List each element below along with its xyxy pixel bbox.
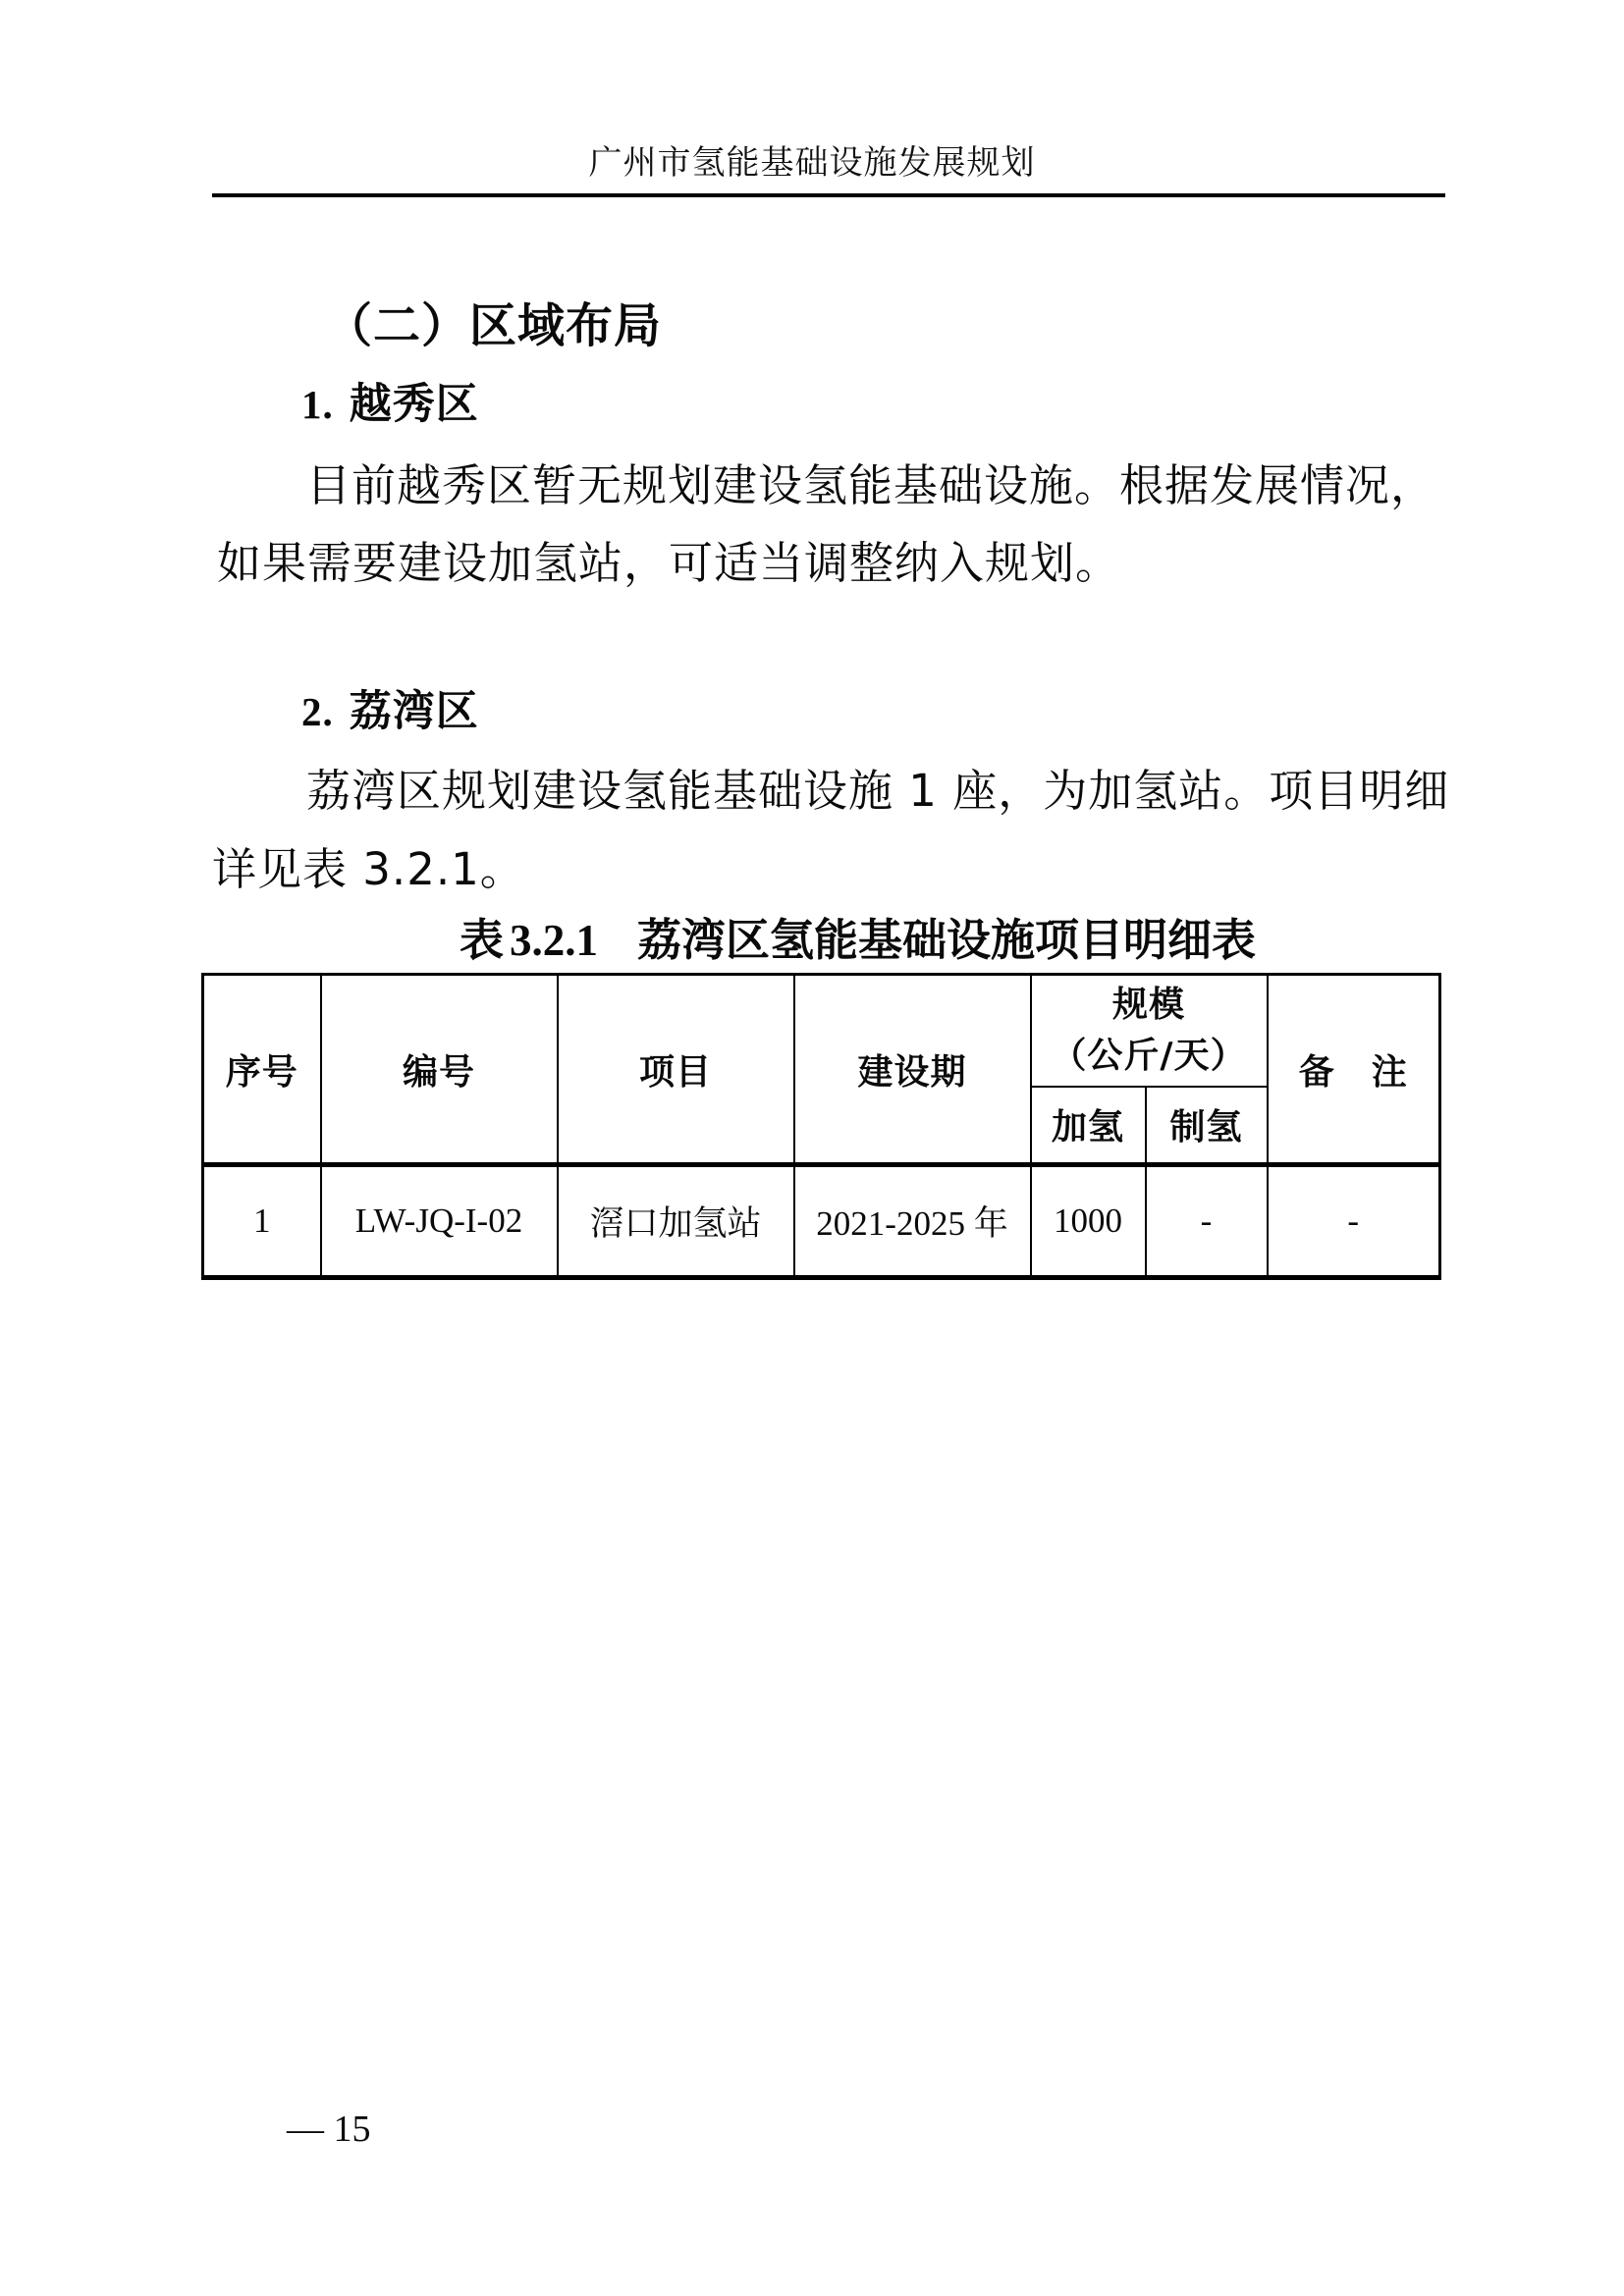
paragraph-line: 目前越秀区暂无规划建设氢能基础设施。根据发展情况， — [306, 459, 1435, 512]
table-caption-title: 荔湾区氢能基础设施项目明细表 — [637, 914, 1256, 966]
subsection-number: 2. — [301, 689, 334, 734]
section-heading: （二）区域布局 — [325, 300, 662, 352]
col-header-code: 编号 — [321, 975, 558, 1165]
col-header-seq: 序号 — [203, 975, 321, 1165]
col-header-produce: 制氢 — [1146, 1087, 1268, 1165]
paragraph-line: 详见表 3.2.1。 — [212, 843, 525, 896]
col-header-period: 建设期 — [794, 975, 1031, 1165]
running-header-title: 广州市氢能基础设施发展规划 — [0, 144, 1624, 183]
col-header-scale-group: 规模 （公斤/天） — [1031, 975, 1268, 1087]
subsection-title: 荔湾区 — [350, 687, 479, 736]
paragraph-line: 荔湾区规划建设氢能基础设施 1 座，为加氢站。项目明细 — [306, 765, 1449, 818]
table-row: 1 LW-JQ-I-02 滘口加氢站 2021-2025 年 1000 - - — [203, 1165, 1440, 1278]
col-header-remark: 备 注 — [1268, 975, 1440, 1165]
col-header-project: 项目 — [558, 975, 794, 1165]
cell-period: 2021-2025 年 — [794, 1165, 1031, 1278]
cell-produce: - — [1146, 1165, 1268, 1278]
col-header-refuel: 加氢 — [1031, 1087, 1146, 1165]
project-detail-table: 序号 编号 项目 建设期 规模 （公斤/天） 备 注 加氢 制氢 1 LW-JQ… — [201, 973, 1441, 1280]
scale-group-title: 规模 — [1032, 980, 1267, 1031]
cell-seq: 1 — [203, 1165, 321, 1278]
page-number: — 15 — [287, 2109, 371, 2151]
subsection-heading-yuexiu: 1.越秀区 — [301, 381, 479, 429]
cell-refuel: 1000 — [1031, 1165, 1146, 1278]
cell-code: LW-JQ-I-02 — [321, 1165, 558, 1278]
paragraph-line: 如果需要建设加氢站，可适当调整纳入规划。 — [217, 537, 1120, 590]
table-caption-prefix: 表 — [460, 914, 504, 966]
document-page: 广州市氢能基础设施发展规划 （二）区域布局 1.越秀区 目前越秀区暂无规划建设氢… — [0, 0, 1624, 2296]
subsection-title: 越秀区 — [350, 380, 479, 429]
subsection-number: 1. — [301, 382, 334, 427]
table-caption: 表3.2.1荔湾区氢能基础设施项目明细表 — [460, 915, 1256, 967]
subsection-heading-liwan: 2.荔湾区 — [301, 688, 479, 736]
scale-group-unit: （公斤/天） — [1032, 1031, 1267, 1082]
cell-project: 滘口加氢站 — [558, 1165, 794, 1278]
table-caption-number: 3.2.1 — [510, 916, 598, 965]
cell-remark: - — [1268, 1165, 1440, 1278]
header-rule — [212, 193, 1445, 197]
